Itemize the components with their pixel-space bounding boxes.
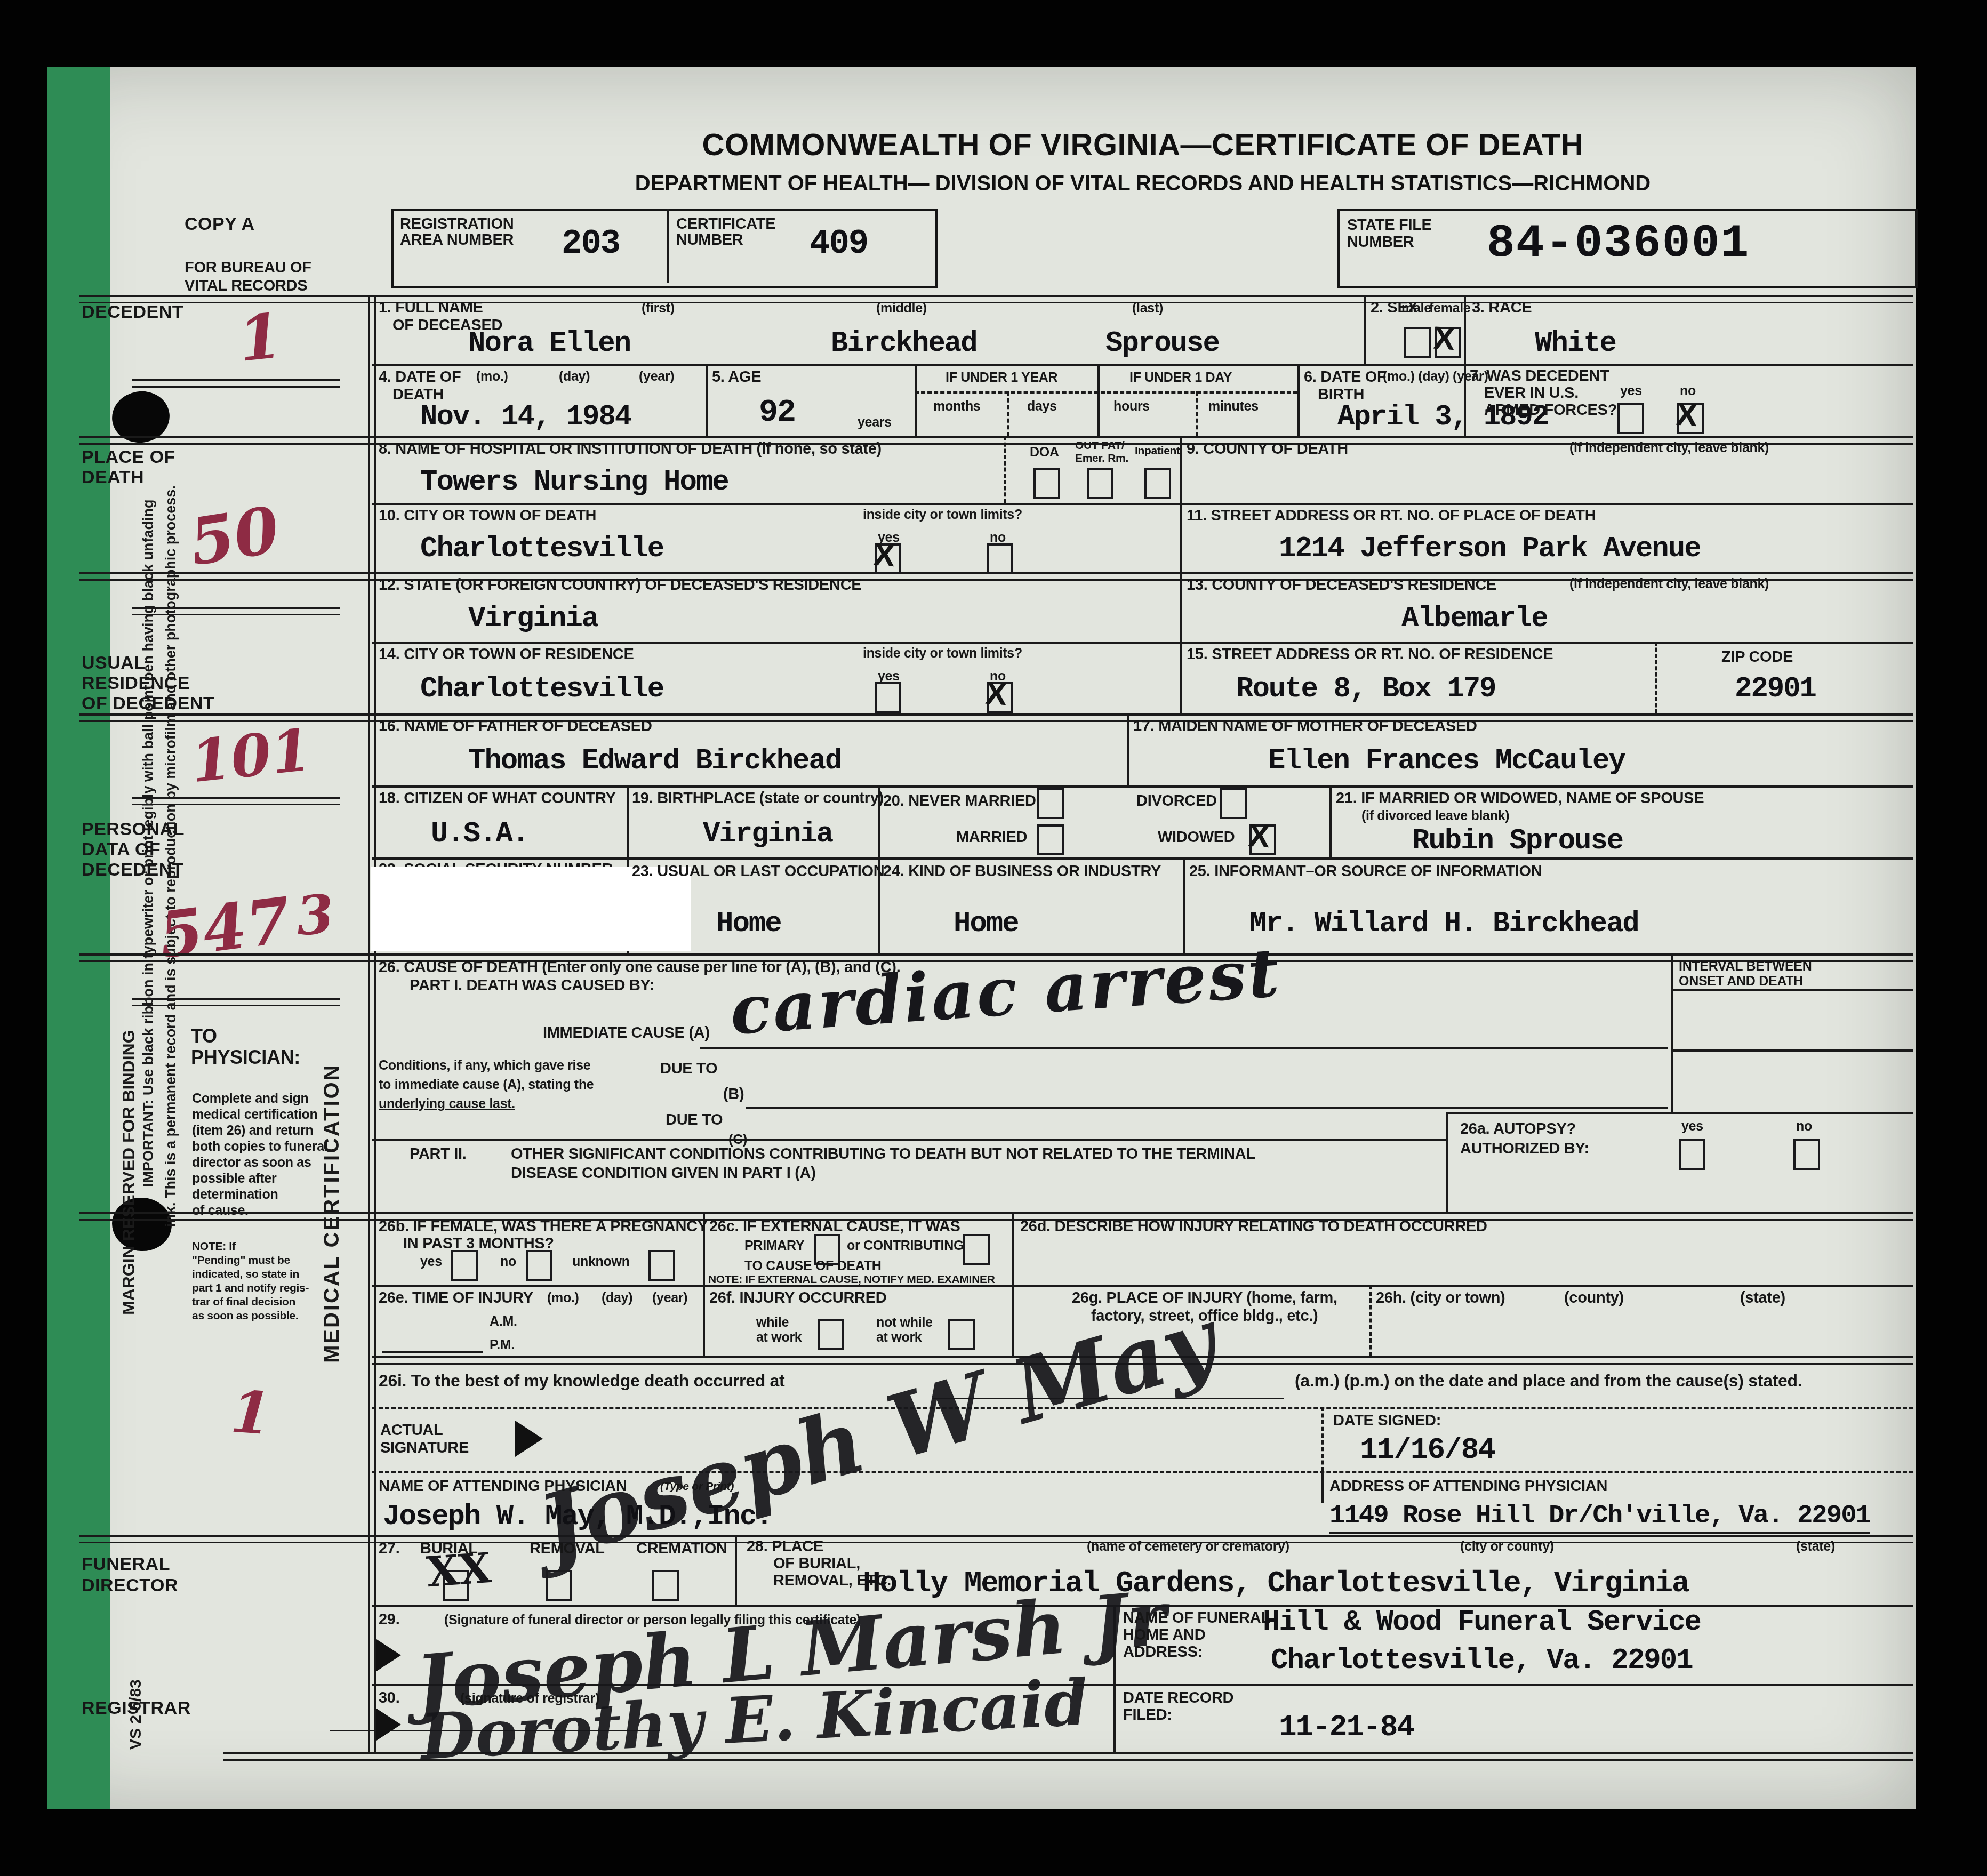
checkbox-removal: [546, 1570, 572, 1601]
divider: [1127, 713, 1129, 785]
section-place-2: DEATH: [82, 467, 144, 488]
pending-note-5: trar of final decision: [192, 1296, 295, 1309]
autopsy-no-label: no: [1796, 1119, 1812, 1134]
checkbox-divorced: [1220, 788, 1247, 819]
code-personal-2: 3: [295, 887, 335, 943]
field3-label: 3. RACE: [1472, 299, 1532, 317]
injury-year-hint: (year): [652, 1290, 687, 1306]
divider: [1446, 1112, 1913, 1114]
field5-label: 5. AGE: [712, 368, 761, 386]
due-to-c-label: DUE TO: [666, 1111, 723, 1129]
bureau-label-2: VITAL RECORDS: [185, 277, 307, 295]
field26b-label-1: 26b. IF FEMALE, WAS THERE A PREGNANCY: [379, 1218, 708, 1236]
code-physician: 1: [229, 1383, 273, 1444]
funeral-home-name-value: Hill & Wood Funeral Service: [1263, 1608, 1701, 1637]
widowed-label: WIDOWED: [1158, 829, 1235, 846]
under-1-year-label: IF UNDER 1 YEAR: [946, 370, 1057, 386]
field25-label: 25. INFORMANT–OR SOURCE OF INFORMATION: [1189, 863, 1542, 880]
divider: [1329, 785, 1332, 857]
divider: [1321, 1407, 1324, 1471]
decedent-middle-name: Birckhead: [831, 330, 977, 358]
street-of-death-value: 1214 Jefferson Park Avenue: [1279, 535, 1701, 564]
checkbox-not-while-at-work: [948, 1319, 975, 1350]
registration-area-number: 203: [562, 227, 620, 261]
section-personal-1: PERSONAL: [82, 819, 185, 840]
field10-limits-label: inside city or town limits?: [863, 507, 1022, 523]
checkbox-while-at-work: [818, 1319, 844, 1350]
checkbox-cremation: [652, 1570, 679, 1601]
divider: [1369, 1285, 1372, 1356]
to-physician-2: PHYSICIAN:: [191, 1046, 300, 1068]
divider: [368, 295, 376, 1752]
divider: [1180, 572, 1182, 642]
field26c-label-1: 26c. IF EXTERNAL CAUSE, IT WAS: [709, 1218, 960, 1236]
divider: [915, 364, 917, 436]
divider: [1446, 1112, 1448, 1212]
immediate-cause-label: IMMEDIATE CAUSE (A): [543, 1024, 710, 1042]
checkbox-autopsy-no: [1793, 1139, 1820, 1170]
field14-label: 14. CITY OR TOWN OF RESIDENCE: [379, 646, 634, 663]
under-1-day-label: IF UNDER 1 DAY: [1129, 370, 1232, 386]
bureau-label-1: FOR BUREAU OF: [185, 259, 311, 277]
minutes-label: minutes: [1208, 399, 1259, 414]
months-label: months: [933, 399, 980, 414]
while-label-2: at work: [756, 1330, 802, 1345]
checkbox-forces-yes: [1617, 403, 1644, 434]
divider: [79, 713, 1913, 722]
certificate-label-1: CERTIFICATE: [676, 215, 775, 233]
type-or-print-hint: (Type or Print): [660, 1480, 734, 1493]
certificate-number: 409: [810, 227, 868, 261]
preg-unknown-label: unknown: [572, 1254, 630, 1270]
spouse-value: Rubin Sprouse: [1412, 827, 1623, 856]
field26f-label: 26f. INJURY OCCURRED: [709, 1289, 886, 1307]
outpat-label-2: Emer. Rm.: [1075, 452, 1128, 465]
state-file-label-2: NUMBER: [1347, 234, 1414, 251]
cause-a-line: [700, 1047, 1668, 1049]
binding-green-stripe: [47, 67, 110, 1809]
field17-label: 17. MAIDEN NAME OF MOTHER OF DECEASED: [1133, 718, 1477, 735]
checkbox-married: [1037, 824, 1064, 855]
zip-label: ZIP CODE: [1721, 648, 1793, 666]
occupation-value: Home: [716, 910, 781, 939]
state-hint: (state): [1796, 1539, 1835, 1554]
field4-day-hint: (day): [559, 369, 590, 384]
field7-label-3: ARMED FORCES?: [1484, 402, 1617, 419]
age-value: 92: [759, 397, 795, 429]
physician-note-6: possible after: [192, 1171, 276, 1186]
certificate-label-2: NUMBER: [676, 231, 743, 249]
checkbox-sex-male: [1404, 327, 1431, 358]
checkbox-preg-unknown: [648, 1250, 675, 1281]
decedent-first-name: Nora Ellen: [468, 330, 630, 358]
hospital-value: Towers Nursing Home: [420, 468, 728, 497]
divider: [1180, 503, 1182, 572]
field26h-state-hint: (state): [1740, 1289, 1785, 1307]
field29-number: 29.: [379, 1611, 399, 1629]
age-unit-label: years: [858, 415, 892, 430]
funeral-home-label-3: ADDRESS:: [1123, 1643, 1203, 1661]
field7-label-2: EVER IN U.S.: [1484, 384, 1579, 402]
not-while-label-1: not while: [876, 1315, 933, 1330]
date-record-filed-label-2: FILED:: [1123, 1706, 1172, 1724]
field1-first-hint: (first): [642, 301, 675, 316]
field18-label: 18. CITIZEN OF WHAT COUNTRY: [379, 790, 616, 807]
due-to-b-label: DUE TO: [660, 1060, 717, 1078]
pending-note-6: as soon as possible.: [192, 1310, 298, 1322]
b-label: (B): [723, 1086, 744, 1103]
doa-label: DOA: [1030, 445, 1059, 460]
checkbox-autopsy-yes: [1679, 1139, 1705, 1170]
field16-label: 16. NAME OF FATHER OF DECEASED: [379, 718, 652, 735]
cemetery-hint: (name of cemetery or crematory): [1087, 1539, 1289, 1554]
hours-label: hours: [1113, 399, 1150, 414]
physician-address-label: ADDRESS OF ATTENDING PHYSICIAN: [1329, 1478, 1607, 1495]
divider: [915, 391, 1297, 394]
divider: [1196, 391, 1198, 436]
field10-label: 10. CITY OR TOWN OF DEATH: [379, 507, 596, 525]
checkbox-preg-yes: [451, 1250, 478, 1281]
code-usual: 101: [188, 721, 314, 791]
certificate-title: COMMONWEALTH OF VIRGINIA—CERTIFICATE OF …: [702, 127, 1584, 163]
field4-year-hint: (year): [639, 369, 674, 384]
date-signed-label: DATE SIGNED:: [1333, 1412, 1441, 1430]
field13-label: 13. COUNTY OF DECEASED'S RESIDENCE: [1187, 576, 1496, 594]
injury-mo-hint: (mo.): [547, 1290, 579, 1306]
physician-note-3: (item 26) and return: [192, 1123, 313, 1139]
residence-state-value: Virginia: [468, 605, 598, 634]
business-value: Home: [954, 910, 1019, 939]
field26c-label-2: TO CAUSE OF DEATH: [744, 1258, 882, 1274]
margin-binding-text: MARGIN RESERVED FOR BINDING: [119, 1030, 139, 1315]
autopsy-yes-label: yes: [1681, 1119, 1703, 1134]
birthplace-value: Virginia: [703, 820, 832, 849]
field1-label-1: 1. FULL NAME: [379, 299, 483, 317]
section-usual-2: RESIDENCE: [82, 673, 190, 694]
mother-name-value: Ellen Frances McCauley: [1268, 747, 1625, 776]
code-place: 50: [186, 498, 284, 575]
divider: [372, 503, 1913, 505]
funeral-home-city-value: Charlottesville, Va. 22901: [1271, 1647, 1693, 1675]
field26h-county-hint: (county): [1564, 1289, 1624, 1307]
checkbox-preg-no: [526, 1250, 552, 1281]
field26a-label-1: 26a. AUTOPSY?: [1460, 1120, 1576, 1138]
pending-note-4: part 1 and notify regis-: [192, 1282, 309, 1295]
field1-last-hint: (last): [1132, 301, 1163, 316]
section-usual-1: USUAL: [82, 653, 146, 674]
field26c-note: NOTE: IF EXTERNAL CAUSE, NOTIFY MED. EXA…: [708, 1273, 995, 1286]
not-while-label-2: at work: [876, 1330, 922, 1345]
removal-label: REMOVAL: [530, 1540, 605, 1558]
field6-label-1: 6. DATE OF: [1304, 368, 1386, 386]
sex-female-label: female: [1429, 301, 1470, 316]
divider: [1655, 642, 1657, 713]
section-registrar: REGISTRAR: [82, 1698, 191, 1719]
divider: [1321, 1471, 1324, 1503]
checkbox-outpat: [1087, 468, 1113, 499]
forces-yes-label: yes: [1620, 383, 1642, 399]
divider: [1671, 1049, 1913, 1052]
divider: [372, 642, 1913, 644]
contributing-label: or CONTRIBUTING: [847, 1238, 964, 1254]
divider: [79, 295, 1913, 303]
date-signed-value: 11/16/84: [1360, 1435, 1495, 1465]
physician-note-7: determination: [192, 1187, 278, 1202]
registration-label-1: REGISTRATION: [400, 215, 514, 233]
interval-label-2: ONSET AND DEATH: [1679, 974, 1803, 989]
city-county-hint: (city or county): [1460, 1539, 1554, 1554]
field24-label: 24. KIND OF BUSINESS OR INDUSTRY: [883, 863, 1161, 880]
section-place-1: PLACE OF: [82, 447, 175, 468]
while-label-1: while: [756, 1315, 789, 1330]
section-usual-3: OF DECEDENT: [82, 693, 214, 714]
am-label: A.M.: [490, 1314, 517, 1329]
checkbox-inpatient: [1144, 468, 1171, 499]
conditions-note-3: underlying cause last.: [379, 1096, 515, 1112]
field26i-suffix: (a.m.) (p.m.) on the date and place and …: [1295, 1371, 1802, 1391]
checkbox-forces-no: X: [1677, 403, 1704, 434]
attending-physician-value: Joseph W. May, M.D.,Inc.: [383, 1503, 772, 1532]
decedent-last-name: Sprouse: [1105, 330, 1219, 358]
part2-text-1: OTHER SIGNIFICANT CONDITIONS CONTRIBUTIN…: [511, 1145, 1255, 1163]
section-personal-2: DATA OF: [82, 839, 161, 860]
field8-label: 8. NAME OF HOSPITAL OR INSTITUTION OF DE…: [379, 440, 882, 458]
margin-important-line2: ink. This is a permanent record and is s…: [163, 485, 179, 1227]
date-record-filed-value: 11-21-84: [1279, 1712, 1414, 1742]
days-label: days: [1027, 399, 1057, 414]
married-label: MARRIED: [956, 829, 1027, 846]
primary-label: PRIMARY: [744, 1238, 804, 1254]
divider: [667, 209, 669, 283]
date-of-death-value: Nov. 14, 1984: [420, 403, 631, 432]
burial-xx-mark: XX: [425, 1548, 492, 1593]
field1-middle-hint: (middle): [876, 301, 927, 316]
pending-note-1: NOTE: If: [192, 1240, 236, 1253]
inpatient-label: Inpatient: [1135, 445, 1180, 458]
divider: [735, 1535, 737, 1605]
field26h-city-hint: 26h. (city or town): [1376, 1289, 1505, 1307]
cause-b-line: [746, 1107, 1668, 1109]
actual-signature-label-2: SIGNATURE: [380, 1439, 469, 1457]
city-of-residence-value: Charlottesville: [420, 675, 663, 704]
field11-label: 11. STREET ADDRESS OR RT. NO. OF PLACE O…: [1187, 507, 1596, 525]
section-funeral-1: FUNERAL: [82, 1554, 170, 1575]
field26g-label-1: 26g. PLACE OF INJURY (home, farm,: [1072, 1289, 1337, 1307]
field4-mo-hint: (mo.): [476, 369, 508, 384]
conditions-note-1: Conditions, if any, which gave rise: [379, 1058, 590, 1073]
preg-yes-label: yes: [420, 1254, 442, 1270]
actual-signature-label-1: ACTUAL: [380, 1422, 443, 1439]
checkbox-widowed: X: [1249, 824, 1276, 855]
citizen-value: U.S.A.: [431, 820, 528, 849]
divider: [1007, 391, 1009, 436]
never-married-label: 20. NEVER MARRIED: [883, 792, 1036, 810]
state-file-number: 84-036001: [1487, 221, 1750, 268]
divider: [372, 364, 1913, 366]
physician-note-1: Complete and sign: [192, 1091, 309, 1107]
checkbox-res-limits-no: X: [987, 682, 1013, 713]
copy-label: COPY A: [185, 214, 254, 235]
preg-no-label: no: [500, 1254, 516, 1270]
section-funeral-2: DIRECTOR: [82, 1575, 178, 1596]
divider: [1183, 857, 1185, 953]
outpat-label-1: OUT PAT/: [1075, 439, 1124, 452]
divider: [1297, 364, 1300, 436]
zip-value: 22901: [1735, 675, 1816, 704]
city-of-death-value: Charlottesville: [420, 535, 663, 564]
field27-number: 27.: [379, 1540, 399, 1558]
physician-address-value: 1149 Rose Hill Dr/Ch'ville, Va. 22901: [1329, 1503, 1870, 1534]
checkbox-sex-female: X: [1435, 327, 1461, 358]
father-name-value: Thomas Edward Birckhead: [468, 747, 841, 776]
physician-note-2: medical certification: [192, 1107, 317, 1123]
field26e-label: 26e. TIME OF INJURY: [379, 1289, 533, 1307]
divider: [1097, 364, 1100, 436]
divider: [1180, 642, 1182, 713]
divider: [372, 1285, 1913, 1287]
field15-label: 15. STREET ADDRESS OR RT. NO. OF RESIDEN…: [1187, 646, 1553, 663]
checkbox-death-limits-no: [987, 543, 1013, 574]
physician-note-4: both copies to funeral: [192, 1139, 328, 1155]
race-value: White: [1535, 330, 1616, 358]
field9-label: 9. COUNTY OF DEATH: [1187, 440, 1348, 458]
pending-note-2: "Pending" must be: [192, 1254, 290, 1267]
part2-label: PART II.: [410, 1145, 467, 1163]
field26i-label: 26i. To the best of my knowledge death o…: [379, 1371, 784, 1391]
to-physician-1: TO: [191, 1025, 217, 1047]
section-personal-3: DECEDENT: [82, 860, 183, 880]
funeral-home-label-1: NAME OF FUNERAL: [1123, 1609, 1270, 1627]
divider: [1012, 1212, 1014, 1285]
part2-text-2: DISEASE CONDITION GIVEN IN PART I (A): [511, 1165, 816, 1182]
divider: [372, 1139, 1446, 1141]
sex-male-label: male: [1401, 301, 1431, 316]
street-of-residence-value: Route 8, Box 179: [1236, 675, 1495, 704]
funeral-home-label-2: HOME AND: [1123, 1626, 1205, 1644]
divider: [372, 857, 1913, 860]
informant-value: Mr. Willard H. Birckhead: [1249, 910, 1639, 939]
field21-hint: (if divorced leave blank): [1361, 808, 1509, 824]
divider: [132, 998, 340, 1006]
divider: [1180, 436, 1182, 503]
attending-physician-label: NAME OF ATTENDING PHYSICIAN: [379, 1478, 627, 1495]
divider: [703, 1285, 705, 1356]
field9-hint: (if independent city, leave blank): [1569, 440, 1769, 456]
pm-label: P.M.: [490, 1337, 515, 1353]
checkbox-res-limits-yes: [875, 682, 901, 713]
divider: [132, 797, 340, 805]
certificate-subtitle: DEPARTMENT OF HEALTH— DIVISION OF VITAL …: [635, 172, 1651, 196]
cremation-label: CREMATION: [636, 1540, 727, 1558]
divider: [1364, 295, 1366, 364]
field28-label-2: OF BURIAL,: [773, 1555, 860, 1573]
field12-label: 12. STATE (OR FOREIGN COUNTRY) OF DECEAS…: [379, 576, 861, 594]
date-record-filed-label-1: DATE RECORD: [1123, 1689, 1233, 1707]
section-decedent: DECEDENT: [82, 302, 183, 323]
divider: [1671, 953, 1673, 1112]
field26a-label-2: AUTHORIZED BY:: [1460, 1140, 1589, 1158]
checkbox-never-married: [1037, 788, 1064, 819]
interval-label-1: INTERVAL BETWEEN: [1679, 959, 1812, 974]
conditions-note-2: to immediate cause (A), stating the: [379, 1077, 594, 1093]
injury-day-hint: (day): [602, 1290, 632, 1306]
field26d-label: 26d. DESCRIBE HOW INJURY RELATING TO DEA…: [1020, 1218, 1487, 1236]
divider: [1004, 436, 1006, 503]
field28-label-1: 28. PLACE: [747, 1538, 823, 1556]
registration-label-2: AREA NUMBER: [400, 231, 514, 249]
death-certificate: MARGIN RESERVED FOR BINDING IMPORTANT: U…: [47, 67, 1916, 1809]
injury-time-line: [382, 1351, 483, 1353]
field19-label: 19. BIRTHPLACE (state or country): [632, 790, 884, 807]
field14-limits-label: inside city or town limits?: [863, 646, 1022, 661]
divider: [79, 1535, 1913, 1543]
divider: [132, 607, 340, 615]
checkbox-doa: [1033, 468, 1060, 499]
divider: [706, 364, 708, 436]
divider: [1671, 989, 1913, 991]
checkbox-death-limits-yes: X: [875, 543, 901, 574]
pending-note-3: indicated, so state in: [192, 1268, 299, 1281]
registrar-signature-arrow-icon: [376, 1709, 401, 1741]
funeral-signature-arrow-icon: [376, 1639, 401, 1671]
field26-part1-label: PART I. DEATH WAS CAUSED BY:: [410, 977, 654, 995]
divorced-label: DIVORCED: [1136, 792, 1217, 810]
field21-label: 21. IF MARRIED OR WIDOWED, NAME OF SPOUS…: [1336, 790, 1704, 807]
divider: [372, 785, 1913, 788]
physician-note-5: director as soon as: [192, 1155, 311, 1171]
residence-county-value: Albemarle: [1401, 605, 1548, 634]
divider: [627, 785, 629, 857]
field13-hint: (if independent city, leave blank): [1569, 576, 1769, 592]
code-decedent: 1: [236, 305, 285, 371]
field4-label-1: 4. DATE OF: [379, 368, 461, 386]
state-file-label-1: STATE FILE: [1347, 217, 1432, 234]
field7-label-1: 7. WAS DECEDENT: [1470, 367, 1609, 385]
field30-number: 30.: [379, 1689, 399, 1707]
divider: [132, 379, 340, 388]
checkbox-contributing: [963, 1234, 990, 1265]
divider: [79, 1212, 1913, 1221]
signature-arrow-icon: [515, 1421, 543, 1457]
field23-label: 23. USUAL OR LAST OCCUPATION: [632, 863, 884, 880]
